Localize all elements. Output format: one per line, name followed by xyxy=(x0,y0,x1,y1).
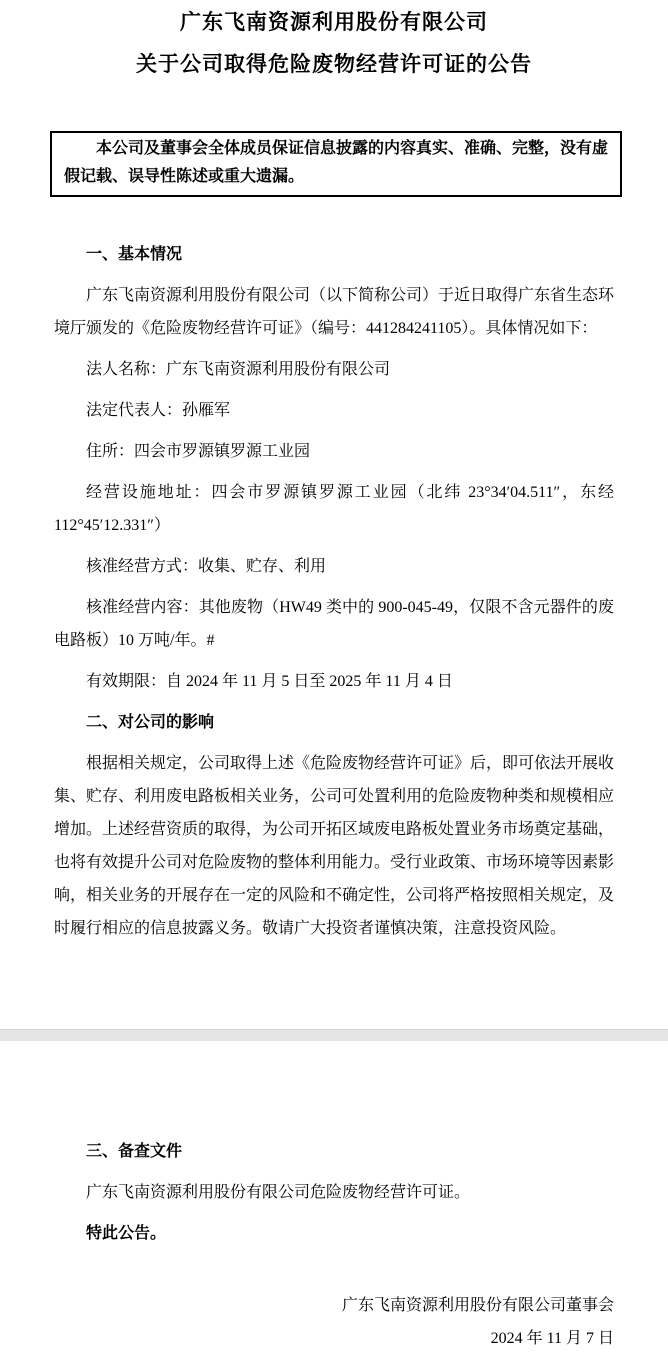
section-paragraph: 广东飞南资源利用股份有限公司危险废物经营许可证。 xyxy=(54,1176,614,1209)
section-paragraph: 核准经营内容：其他废物（HW49 类中的 900-045-49，仅限不含元器件的… xyxy=(54,591,614,657)
pledge-box: 本公司及董事会全体成员保证信息披露的内容真实、准确、完整，没有虚假记载、误导性陈… xyxy=(50,131,622,197)
announcement-page-2: 三、备查文件 广东飞南资源利用股份有限公司危险废物经营许可证。 特此公告。 广东… xyxy=(0,1041,668,1353)
section-paragraph: 有效期限：自 2024 年 11 月 5 日至 2025 年 11 月 4 日 xyxy=(54,665,614,698)
section-paragraph: 根据相关规定，公司取得上述《危险废物经营许可证》后，即可依法开展收集、贮存、利用… xyxy=(54,747,614,945)
signature-company: 广东飞南资源利用股份有限公司董事会 xyxy=(54,1289,614,1322)
page-1-body: 一、基本情况 广东飞南资源利用股份有限公司（以下简称公司）于近日取得广东省生态环… xyxy=(0,238,668,945)
announcement-page-1: 广东飞南资源利用股份有限公司 关于公司取得危险废物经营许可证的公告 本公司及董事… xyxy=(0,0,668,1029)
closing-block: 特此公告。 广东飞南资源利用股份有限公司董事会 2024 年 11 月 7 日 xyxy=(0,1217,668,1353)
closing-statement: 特此公告。 xyxy=(54,1217,614,1250)
announcement-title: 关于公司取得危险废物经营许可证的公告 xyxy=(0,44,668,86)
section-heading: 三、备查文件 xyxy=(54,1135,614,1168)
section-paragraph: 住所：四会市罗源镇罗源工业园 xyxy=(54,435,614,468)
document-section: 三、备查文件 广东飞南资源利用股份有限公司危险废物经营许可证。 xyxy=(54,1135,614,1209)
document-section: 一、基本情况 广东飞南资源利用股份有限公司（以下简称公司）于近日取得广东省生态环… xyxy=(54,238,614,698)
section-paragraph: 经营设施地址：四会市罗源镇罗源工业园（北纬 23°34′04.511″，东经 1… xyxy=(54,476,614,542)
pledge-statement: 本公司及董事会全体成员保证信息披露的内容真实、准确、完整，没有虚假记载、误导性陈… xyxy=(64,135,608,191)
section-paragraph: 广东飞南资源利用股份有限公司（以下简称公司）于近日取得广东省生态环境厅颁发的《危… xyxy=(54,279,614,345)
section-paragraph: 核准经营方式：收集、贮存、利用 xyxy=(54,550,614,583)
company-name-title: 广东飞南资源利用股份有限公司 xyxy=(0,2,668,44)
section-heading: 二、对公司的影响 xyxy=(54,706,614,739)
document-section: 二、对公司的影响 根据相关规定，公司取得上述《危险废物经营许可证》后，即可依法开… xyxy=(54,706,614,945)
section-heading: 一、基本情况 xyxy=(54,238,614,271)
signature-date: 2024 年 11 月 7 日 xyxy=(54,1322,614,1353)
section-paragraph: 法定代表人：孙雁军 xyxy=(54,394,614,427)
section-paragraph: 法人名称：广东飞南资源利用股份有限公司 xyxy=(54,353,614,386)
page-2-body: 三、备查文件 广东飞南资源利用股份有限公司危险废物经营许可证。 xyxy=(0,1135,668,1209)
page-separator xyxy=(0,1029,668,1041)
signature-block: 广东飞南资源利用股份有限公司董事会 2024 年 11 月 7 日 xyxy=(54,1289,614,1353)
